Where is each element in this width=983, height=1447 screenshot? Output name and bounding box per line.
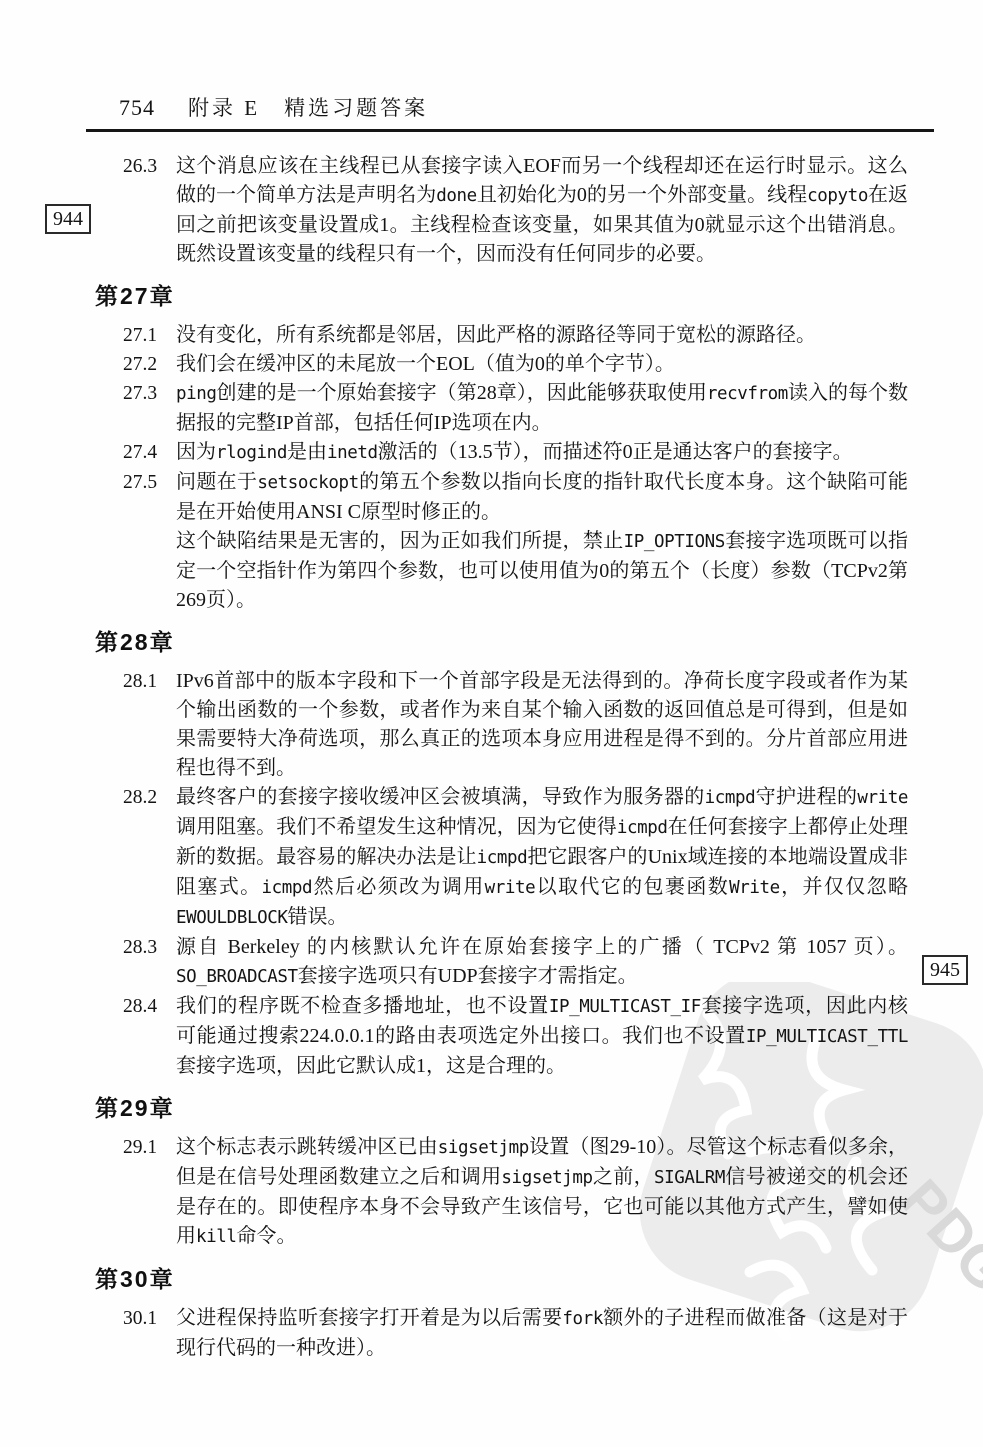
answer-item: 28.4我们的程序既不检查多播地址，也不设置IP_MULTICAST_IF套接字… xyxy=(123,992,909,1081)
paragraph: 这个标志表示跳转缓冲区已由sigsetjmp设置（图29-10）。尽管这个标志看… xyxy=(176,1133,908,1252)
paragraph: IPv6首部中的版本字段和下一个首部字段是无法得到的。净荷长度字段或者作为某个输… xyxy=(176,667,908,783)
answer-text: 我们的程序既不检查多播地址，也不设置IP_MULTICAST_IF套接字选项，因… xyxy=(176,992,908,1081)
code-term: setsockopt xyxy=(257,473,358,493)
text-run: 是由 xyxy=(287,441,327,463)
code-term: recvfrom xyxy=(707,384,788,404)
answer-text: 没有变化，所有系统都是邻居，因此严格的源路径等同于宽松的源路径。 xyxy=(176,321,908,350)
running-header: 754附录 E 精选习题答案 xyxy=(86,92,934,132)
code-term: IP_MULTICAST_TTL xyxy=(746,1027,908,1047)
paragraph: 问题在于setsockopt的第五个参数以指向长度的指针取代长度本身。这个缺陷可… xyxy=(176,468,908,527)
code-term: done xyxy=(436,186,477,206)
paragraph: 我们会在缓冲区的未尾放一个EOL（值为0的单个字节）。 xyxy=(176,350,908,379)
answer-item: 27.1没有变化，所有系统都是邻居，因此严格的源路径等同于宽松的源路径。 xyxy=(123,321,909,350)
code-term: icmpd xyxy=(477,848,528,868)
text-run: 调用阻塞。我们不希望发生这种情况，因为它使得 xyxy=(176,816,617,838)
paragraph: 父进程保持监听套接字打开着是为以后需要fork额外的子进程而做准备（这是对于现行… xyxy=(176,1304,908,1363)
paragraph: 最终客户的套接字接收缓冲区会被填满，导致作为服务器的icmpd守护进程的writ… xyxy=(176,783,908,933)
answer-number: 28.2 xyxy=(123,783,176,812)
text-run: 错误。 xyxy=(288,906,348,928)
answer-item: 30.1父进程保持监听套接字打开着是为以后需要fork额外的子进程而做准备（这是… xyxy=(123,1304,909,1363)
answer-text: 父进程保持监听套接字打开着是为以后需要fork额外的子进程而做准备（这是对于现行… xyxy=(176,1304,908,1363)
code-term: SIGALRM xyxy=(654,1168,725,1188)
answer-number: 27.3 xyxy=(123,379,176,408)
code-term: rlogind xyxy=(216,443,287,463)
text-run: 套接字选项只有UDP套接字才需指定。 xyxy=(298,965,638,987)
answer-item: 27.3ping创建的是一个原始套接字（第28章），因此能够获取使用recvfr… xyxy=(123,379,909,438)
answer-text: 源自 Berkeley 的内核默认允许在原始套接字上的广播（ TCPv2 第 1… xyxy=(176,933,908,992)
text-run: 套接字选项，因此它默认成1，这是合理的。 xyxy=(176,1055,566,1077)
text-run: 以取代它的包裹函数 xyxy=(535,876,729,898)
answer-number: 28.1 xyxy=(123,667,176,696)
chapter-heading: 第27章 xyxy=(95,282,909,310)
chapter-heading: 第30章 xyxy=(95,1265,909,1293)
header-page-number: 754 xyxy=(119,95,155,121)
answer-number: 26.3 xyxy=(123,152,176,181)
text-run: 命令。 xyxy=(237,1225,297,1247)
answer-item: 29.1这个标志表示跳转缓冲区已由sigsetjmp设置（图29-10）。尽管这… xyxy=(123,1133,909,1252)
code-term: kill xyxy=(196,1227,237,1247)
margin-page-tag-945: 945 xyxy=(922,955,968,985)
code-term: write xyxy=(857,788,908,808)
answer-text: 因为rlogind是由inetd激活的（13.5节），而描述符0正是通达客户的套… xyxy=(176,438,908,468)
code-term: icmpd xyxy=(617,818,668,838)
margin-page-tag-944: 944 xyxy=(45,204,91,234)
code-term: ping xyxy=(176,384,217,404)
code-term: SO_BROADCAST xyxy=(176,967,298,987)
answer-text: IPv6首部中的版本字段和下一个首部字段是无法得到的。净荷长度字段或者作为某个输… xyxy=(176,667,908,783)
text-run: 然后必须改为调用 xyxy=(312,876,484,898)
text-run: 之前， xyxy=(593,1166,654,1188)
code-term: sigsetjmp xyxy=(438,1138,529,1158)
code-term: copyto xyxy=(807,186,868,206)
text-run: 没有变化，所有系统都是邻居，因此严格的源路径等同于宽松的源路径。 xyxy=(176,324,816,346)
text-run: 父进程保持监听套接字打开着是为以后需要 xyxy=(176,1307,562,1329)
answer-number: 30.1 xyxy=(123,1304,176,1333)
answer-item: 27.2我们会在缓冲区的未尾放一个EOL（值为0的单个字节）。 xyxy=(123,350,909,379)
answer-item: 27.4因为rlogind是由inetd激活的（13.5节），而描述符0正是通达… xyxy=(123,438,909,468)
text-run: 问题在于 xyxy=(176,471,257,493)
answer-number: 27.2 xyxy=(123,350,176,379)
answer-number: 28.3 xyxy=(123,933,176,962)
answer-text: 这个消息应该在主线程已从套接字读入EOF而另一个线程却还在运行时显示。这么做的一… xyxy=(176,152,908,269)
paragraph: 没有变化，所有系统都是邻居，因此严格的源路径等同于宽松的源路径。 xyxy=(176,321,908,350)
code-term: write xyxy=(485,878,536,898)
answer-number: 27.1 xyxy=(123,321,176,350)
answer-text: 我们会在缓冲区的未尾放一个EOL（值为0的单个字节）。 xyxy=(176,350,908,379)
paragraph: ping创建的是一个原始套接字（第28章），因此能够获取使用recvfrom读入… xyxy=(176,379,908,438)
text-run: 且初始化为0的另一个外部变量。线程 xyxy=(477,184,807,206)
answer-text: 这个标志表示跳转缓冲区已由sigsetjmp设置（图29-10）。尽管这个标志看… xyxy=(176,1133,908,1252)
text-run: 这个标志表示跳转缓冲区已由 xyxy=(176,1136,438,1158)
answer-number: 27.5 xyxy=(123,468,176,497)
code-term: Write xyxy=(729,878,780,898)
text-run: 因为 xyxy=(176,441,216,463)
code-term: fork xyxy=(562,1309,603,1329)
answer-item: 28.3源自 Berkeley 的内核默认允许在原始套接字上的广播（ TCPv2… xyxy=(123,933,909,992)
text-run: 激活的（13.5节），而描述符0正是通达客户的套接字。 xyxy=(378,441,853,463)
paragraph: 这个缺陷结果是无害的，因为正如我们所提，禁止IP_OPTIONS套接字选项既可以… xyxy=(176,527,908,615)
answer-item: 27.5问题在于setsockopt的第五个参数以指向长度的指针取代长度本身。这… xyxy=(123,468,909,615)
code-term: inetd xyxy=(327,443,378,463)
answer-item: 28.2最终客户的套接字接收缓冲区会被填满，导致作为服务器的icmpd守护进程的… xyxy=(123,783,909,933)
text-run: 这个缺陷结果是无害的，因为正如我们所提，禁止 xyxy=(176,530,624,552)
text-run: 创建的是一个原始套接字（第28章），因此能够获取使用 xyxy=(217,382,707,404)
text-run: 守护进程的 xyxy=(755,786,857,808)
paragraph: 我们的程序既不检查多播地址，也不设置IP_MULTICAST_IF套接字选项，因… xyxy=(176,992,908,1081)
text-run: 我们的程序既不检查多播地址，也不设置 xyxy=(176,995,549,1017)
paragraph: 因为rlogind是由inetd激活的（13.5节），而描述符0正是通达客户的套… xyxy=(176,438,908,468)
text-run: IPv6首部中的版本字段和下一个首部字段是无法得到的。净荷长度字段或者作为某个输… xyxy=(176,670,908,779)
code-term: EWOULDBLOCK xyxy=(176,908,288,928)
book-page: PDG 754附录 E 精选习题答案 944 945 26.3这个消息应该在主线… xyxy=(0,0,983,1447)
code-term: icmpd xyxy=(705,788,756,808)
content: 26.3这个消息应该在主线程已从套接字读入EOF而另一个线程却还在运行时显示。这… xyxy=(123,152,909,1363)
code-term: sigsetjmp xyxy=(501,1168,592,1188)
header-appendix-title: 附录 E 精选习题答案 xyxy=(188,92,428,122)
answer-item: 26.3这个消息应该在主线程已从套接字读入EOF而另一个线程却还在运行时显示。这… xyxy=(123,152,909,269)
text-run: 最终客户的套接字接收缓冲区会被填满，导致作为服务器的 xyxy=(176,786,705,808)
text-run: ，并仅仅忽略 xyxy=(780,876,908,898)
answer-number: 27.4 xyxy=(123,438,176,467)
answer-number: 29.1 xyxy=(123,1133,176,1162)
answer-item: 28.1IPv6首部中的版本字段和下一个首部字段是无法得到的。净荷长度字段或者作… xyxy=(123,667,909,783)
text-run: 我们会在缓冲区的未尾放一个EOL（值为0的单个字节）。 xyxy=(176,353,675,375)
code-term: IP_MULTICAST_IF xyxy=(549,997,701,1017)
chapter-heading: 第28章 xyxy=(95,628,909,656)
answer-text: ping创建的是一个原始套接字（第28章），因此能够获取使用recvfrom读入… xyxy=(176,379,908,438)
code-term: icmpd xyxy=(262,878,313,898)
answer-text: 最终客户的套接字接收缓冲区会被填满，导致作为服务器的icmpd守护进程的writ… xyxy=(176,783,908,933)
answer-text: 问题在于setsockopt的第五个参数以指向长度的指针取代长度本身。这个缺陷可… xyxy=(176,468,908,615)
paragraph: 源自 Berkeley 的内核默认允许在原始套接字上的广播（ TCPv2 第 1… xyxy=(176,933,908,992)
paragraph: 这个消息应该在主线程已从套接字读入EOF而另一个线程却还在运行时显示。这么做的一… xyxy=(176,152,908,269)
text-run: 源自 Berkeley 的内核默认允许在原始套接字上的广播（ TCPv2 第 1… xyxy=(176,936,908,958)
chapter-heading: 第29章 xyxy=(95,1094,909,1122)
answer-number: 28.4 xyxy=(123,992,176,1021)
code-term: IP_OPTIONS xyxy=(624,532,725,552)
